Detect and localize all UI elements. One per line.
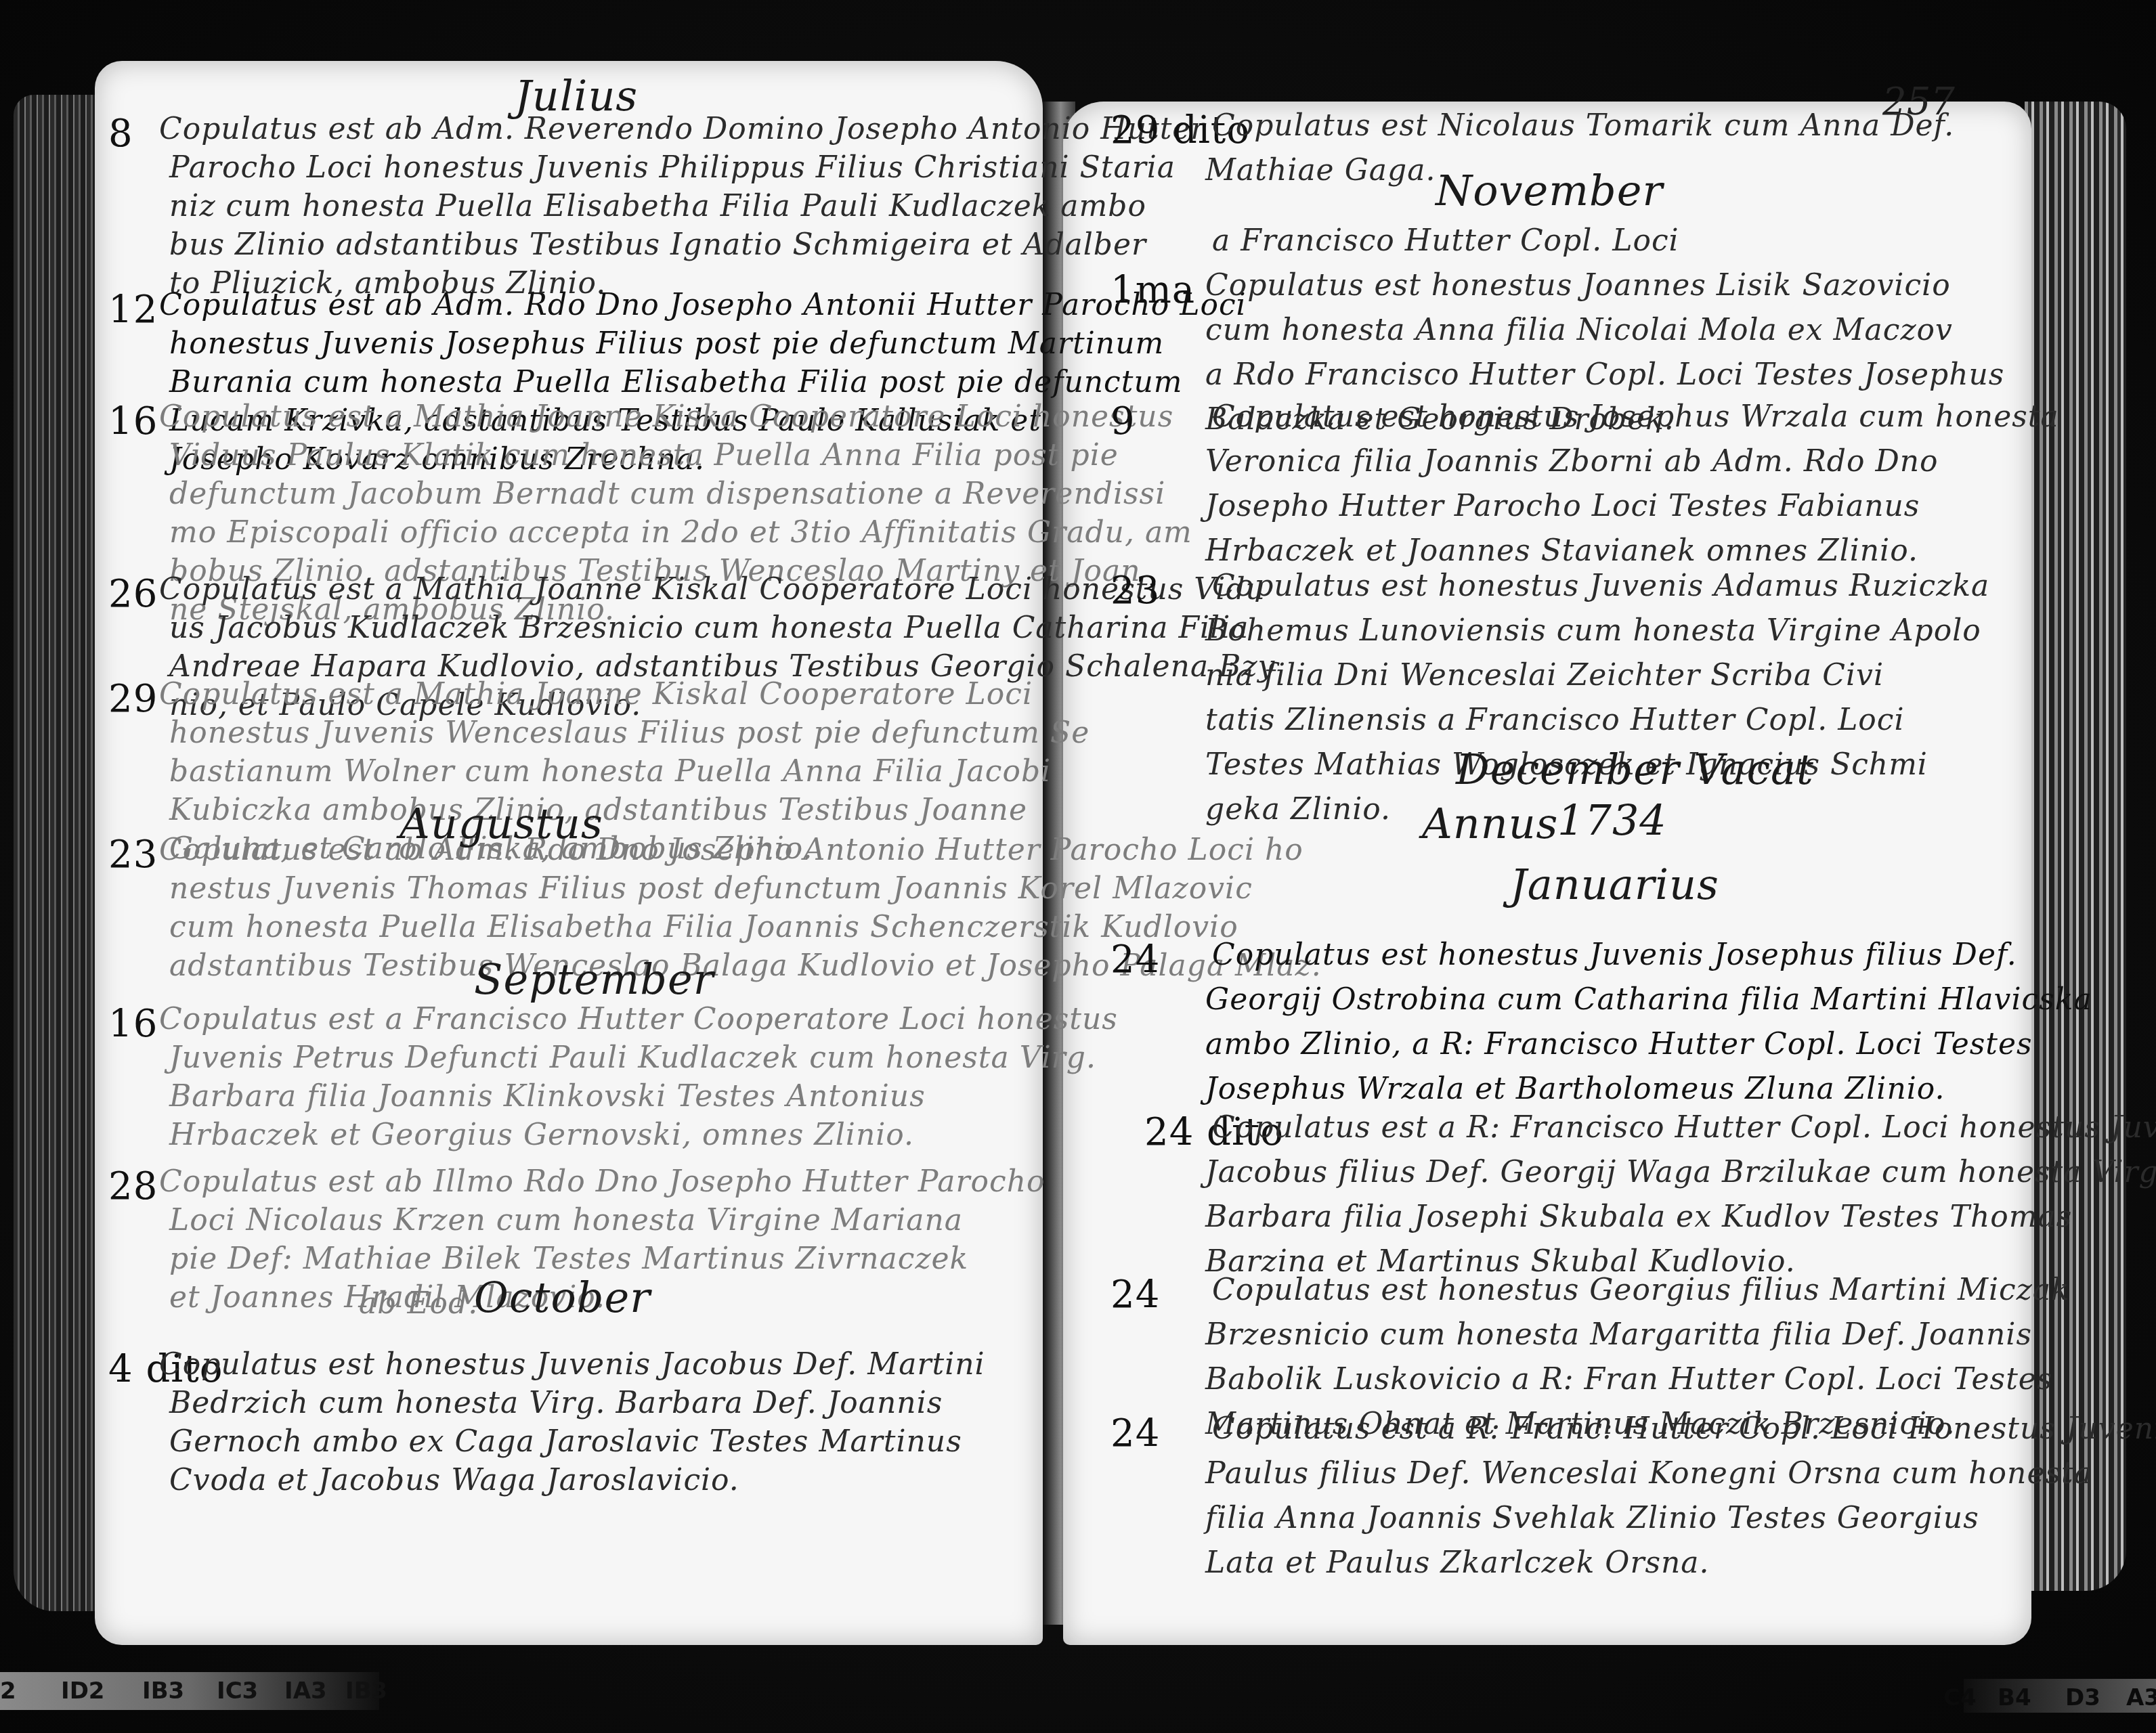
month-heading-december: December Vacat xyxy=(1456,745,1814,794)
entry-line: Brzesnicio cum honesta Margaritta filia … xyxy=(1205,1317,2032,1352)
entry-line: Loci Nicolaus Krzen cum honesta Virgine … xyxy=(169,1203,963,1237)
ruler-label: 2 xyxy=(0,1677,16,1705)
entry-day: 26 xyxy=(108,572,158,616)
entry-line: Georgij Ostrobina cum Catharina filia Ma… xyxy=(1205,982,2092,1017)
entry-day: 8 xyxy=(108,112,133,156)
entry-day: 23 xyxy=(1111,569,1160,613)
entry-line: Cvoda et Jacobus Waga Jaroslavicio. xyxy=(169,1463,739,1497)
entry-line: Gernoch ambo ex Caga Jaroslavic Testes M… xyxy=(169,1424,962,1459)
entry-line: Mathiae Gaga. xyxy=(1205,153,1436,188)
entry-line: Bohemus Lunoviensis cum honesta Virgine … xyxy=(1205,613,1981,648)
entry-line: Copulatus est honestus Juvenis Jacobus D… xyxy=(159,1347,985,1382)
month-heading-september: September xyxy=(474,955,714,1004)
entry-line: ambo Zlinio, a R: Francisco Hutter Copl.… xyxy=(1205,1027,2033,1061)
entry-line: Copulatus est a R: Francisco Hutter Copl… xyxy=(1212,1110,2156,1145)
ruler-label: ID2 xyxy=(61,1677,105,1705)
entry-day: 29 xyxy=(108,677,158,721)
entry-line: Barbara filia Joannis Klinkovski Testes … xyxy=(169,1079,926,1114)
ruler-label: IB3 xyxy=(142,1677,184,1705)
entry-line: filia Anna Joannis Svehlak Zlinio Testes… xyxy=(1205,1501,1979,1535)
entry-day: 23 xyxy=(108,833,158,877)
entry-line: bus Zlinio adstantibus Testibus Ignatio … xyxy=(169,227,1146,262)
microfilm-ruler-right: C4B4D3A3 xyxy=(1964,1679,2156,1713)
entry-line: Lata et Paulus Zkarlczek Orsna. xyxy=(1205,1545,1710,1580)
entry-line: geka Zlinio. xyxy=(1205,792,1391,827)
entry-line: Copulatus est Nicolaus Tomarik cum Anna … xyxy=(1212,108,1954,143)
entry-line: Hrbaczek et Joannes Stavianek omnes Zlin… xyxy=(1205,533,1918,568)
entry-day: 24 xyxy=(1111,1273,1160,1317)
entry-line: Josephus Wrzala et Bartholomeus Zluna Zl… xyxy=(1205,1072,1945,1106)
entry-line: Copulatus est a Mathia Joanne Kiskal Coo… xyxy=(159,677,1033,711)
entry-day: 16 xyxy=(108,399,158,443)
entry-day: 9 xyxy=(1111,399,1136,443)
entry-line: Copulatus est ab Adm. Reverendo Domino J… xyxy=(159,112,1205,146)
entry-line: cum honesta Puella Elisabetha Filia Joan… xyxy=(169,910,1238,944)
microfilm-ruler-left: 2ID2IB3IC3IA3IB3 xyxy=(0,1672,379,1710)
entry-line: Copulatus est honestus Georgius filius M… xyxy=(1212,1273,2070,1307)
entry-line: Copulatus est ab Illmo Rdo Dno Josepho H… xyxy=(159,1164,1045,1199)
ruler-label: A3 xyxy=(2126,1684,2156,1711)
entry-line: Copulatus est honestus Juvenis Josephus … xyxy=(1212,938,2017,972)
month-heading-augustus: Augustus xyxy=(400,799,603,848)
ruler-label: IB3 xyxy=(345,1677,387,1705)
entry-day: 24 xyxy=(1111,1411,1160,1455)
ruler-label: C4 xyxy=(1943,1684,1977,1711)
entry-line: Paulus filius Def. Wenceslai Konegni Ors… xyxy=(1205,1456,2092,1491)
entry-line: Burania cum honesta Puella Elisabetha Fi… xyxy=(169,365,1183,399)
entry-line: honestus Juvenis Wenceslaus Filius post … xyxy=(169,716,1090,750)
entry-line: Viduus Paulus Klatik cum honesta Puella … xyxy=(169,438,1119,473)
entry-line: Josepho Hutter Parocho Loci Testes Fabia… xyxy=(1205,489,1920,523)
entry-line: Copulatus est a Mathia Joanne Kiska Coop… xyxy=(159,399,1173,434)
entry-line: Copulatus est a R: Franc: Hutter Copl. L… xyxy=(1212,1411,2156,1446)
entry-line: nia filia Dni Wenceslai Zeichter Scriba … xyxy=(1205,658,1884,693)
entry-line: us Jacobus Kudlaczek Brzesnicio cum hone… xyxy=(169,611,1249,645)
entry-line: honestus Juvenis Josephus Filius post pi… xyxy=(169,326,1164,361)
ruler-label: B4 xyxy=(1998,1684,2031,1711)
entry-line: Copulatus est ab Adm. Rdo Dno Josepho An… xyxy=(159,288,1247,322)
entry-line: tatis Zlinensis a Francisco Hutter Copl.… xyxy=(1205,703,1905,737)
entry-line: a Francisco Hutter Copl. Loci xyxy=(1212,223,1679,258)
entry-line: Copulatus est a Francisco Hutter Coopera… xyxy=(159,1002,1118,1036)
entry-line: bastianum Wolner cum honesta Puella Anna… xyxy=(169,754,1051,789)
entry-line: mo Episcopali officio accepta in 2do et … xyxy=(169,515,1192,550)
entry-line: Copulatus est honestus Juvenis Adamus Ru… xyxy=(1212,569,1989,603)
entry-line: defunctum Jacobum Bernadt cum dispensati… xyxy=(169,477,1165,511)
entry-day: 28 xyxy=(108,1164,158,1208)
ruler-label: IC3 xyxy=(217,1677,258,1705)
month-heading-november: November xyxy=(1436,166,1663,215)
book-fore-edge-left xyxy=(14,95,102,1611)
entry-line: Hrbaczek et Georgius Gernovski, omnes Zl… xyxy=(169,1118,914,1152)
entry-line: Jacobus filius Def. Georgij Waga Brziluk… xyxy=(1205,1155,2156,1189)
entry-line: Veronica filia Joannis Zborni ab Adm. Rd… xyxy=(1205,444,1939,479)
entry-line: niz cum honesta Puella Elisabetha Filia … xyxy=(169,189,1146,223)
year-label: 1734 xyxy=(1557,795,1667,845)
entry-day: 1ma xyxy=(1111,268,1195,312)
entry-line: pie Def: Mathiae Bilek Testes Martinus Z… xyxy=(169,1242,968,1276)
entry-line: Parocho Loci honestus Juvenis Philippus … xyxy=(169,150,1176,185)
entry-line: Copulatus est honestus Joannes Lisik Saz… xyxy=(1205,268,1951,303)
entry-line: nestus Juvenis Thomas Filius post defunc… xyxy=(169,871,1253,906)
ruler-label: IA3 xyxy=(284,1677,327,1705)
entry-line: Bedrzich cum honesta Virg. Barbara Def. … xyxy=(169,1386,943,1420)
entry-day: 16 xyxy=(108,1002,158,1046)
entry-line: Copulatus est ab Adm. Rdo Dno Josepho An… xyxy=(159,833,1303,867)
month-heading-januarius: Januarius xyxy=(1510,860,1719,909)
annus-label: Annus xyxy=(1422,799,1558,848)
month-heading-october: October xyxy=(474,1273,651,1322)
entry-line: Barbara filia Josephi Skubala ex Kudlov … xyxy=(1205,1200,2072,1234)
entry-line: cum honesta Anna filia Nicolai Mola ex M… xyxy=(1205,313,1953,347)
entry-line: Juvenis Petrus Defuncti Pauli Kudlaczek … xyxy=(169,1040,1096,1075)
entry-line: Copulatus est honestus Josephus Wrzala c… xyxy=(1212,399,2059,434)
entry-line: Babolik Luskovicio a R: Fran Hutter Copl… xyxy=(1205,1362,2052,1397)
entry-day: 12 xyxy=(108,288,158,332)
entry-line: a Rdo Francisco Hutter Copl. Loci Testes… xyxy=(1205,357,2004,392)
entry-day: 24 xyxy=(1111,938,1160,982)
entry-line: Copulatus est a Mathia Joanne Kiskal Coo… xyxy=(159,572,1266,607)
ruler-label: D3 xyxy=(2065,1684,2100,1711)
october-note: ab Eod. xyxy=(359,1286,478,1321)
